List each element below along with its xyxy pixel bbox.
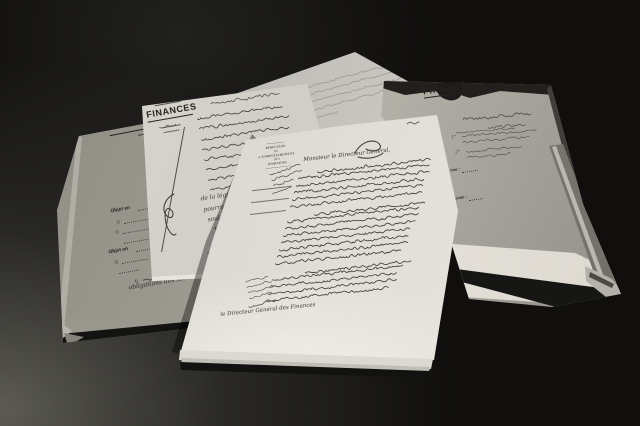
item-3: 3) xyxy=(114,259,118,264)
right-folder-item1-number: 1° xyxy=(451,135,457,140)
objet-label-2: Objet en xyxy=(108,246,128,255)
item-leader xyxy=(124,218,152,224)
blank-leader xyxy=(119,270,139,274)
letterhead-script-decoration xyxy=(158,122,180,138)
ministere-label: MINISTÈRE xyxy=(126,109,145,116)
form-leader-line xyxy=(462,170,478,173)
back-sheet-letterhead-block xyxy=(219,64,258,89)
form-leader-line xyxy=(469,198,483,201)
back-sheet-signature-decoration xyxy=(296,33,399,72)
item-leader xyxy=(122,258,148,263)
letterhead-field-rule xyxy=(250,210,286,215)
photograph: MINISTÈRE FINANCES 1° 2° mer : ssier : M… xyxy=(0,0,640,426)
margin-paraph xyxy=(157,192,181,238)
objet-label-1: Objet en xyxy=(110,205,130,214)
item-2: 2) xyxy=(115,229,119,234)
form-label-mer: mer : xyxy=(450,167,460,173)
blank-leader xyxy=(124,239,148,244)
item-1: 1) xyxy=(116,219,120,224)
item-leader xyxy=(123,228,149,233)
right-folder-item2-number: 2° xyxy=(455,150,461,155)
form-label-ssier: ssier : xyxy=(455,194,467,200)
date-year-decoration xyxy=(406,119,423,134)
